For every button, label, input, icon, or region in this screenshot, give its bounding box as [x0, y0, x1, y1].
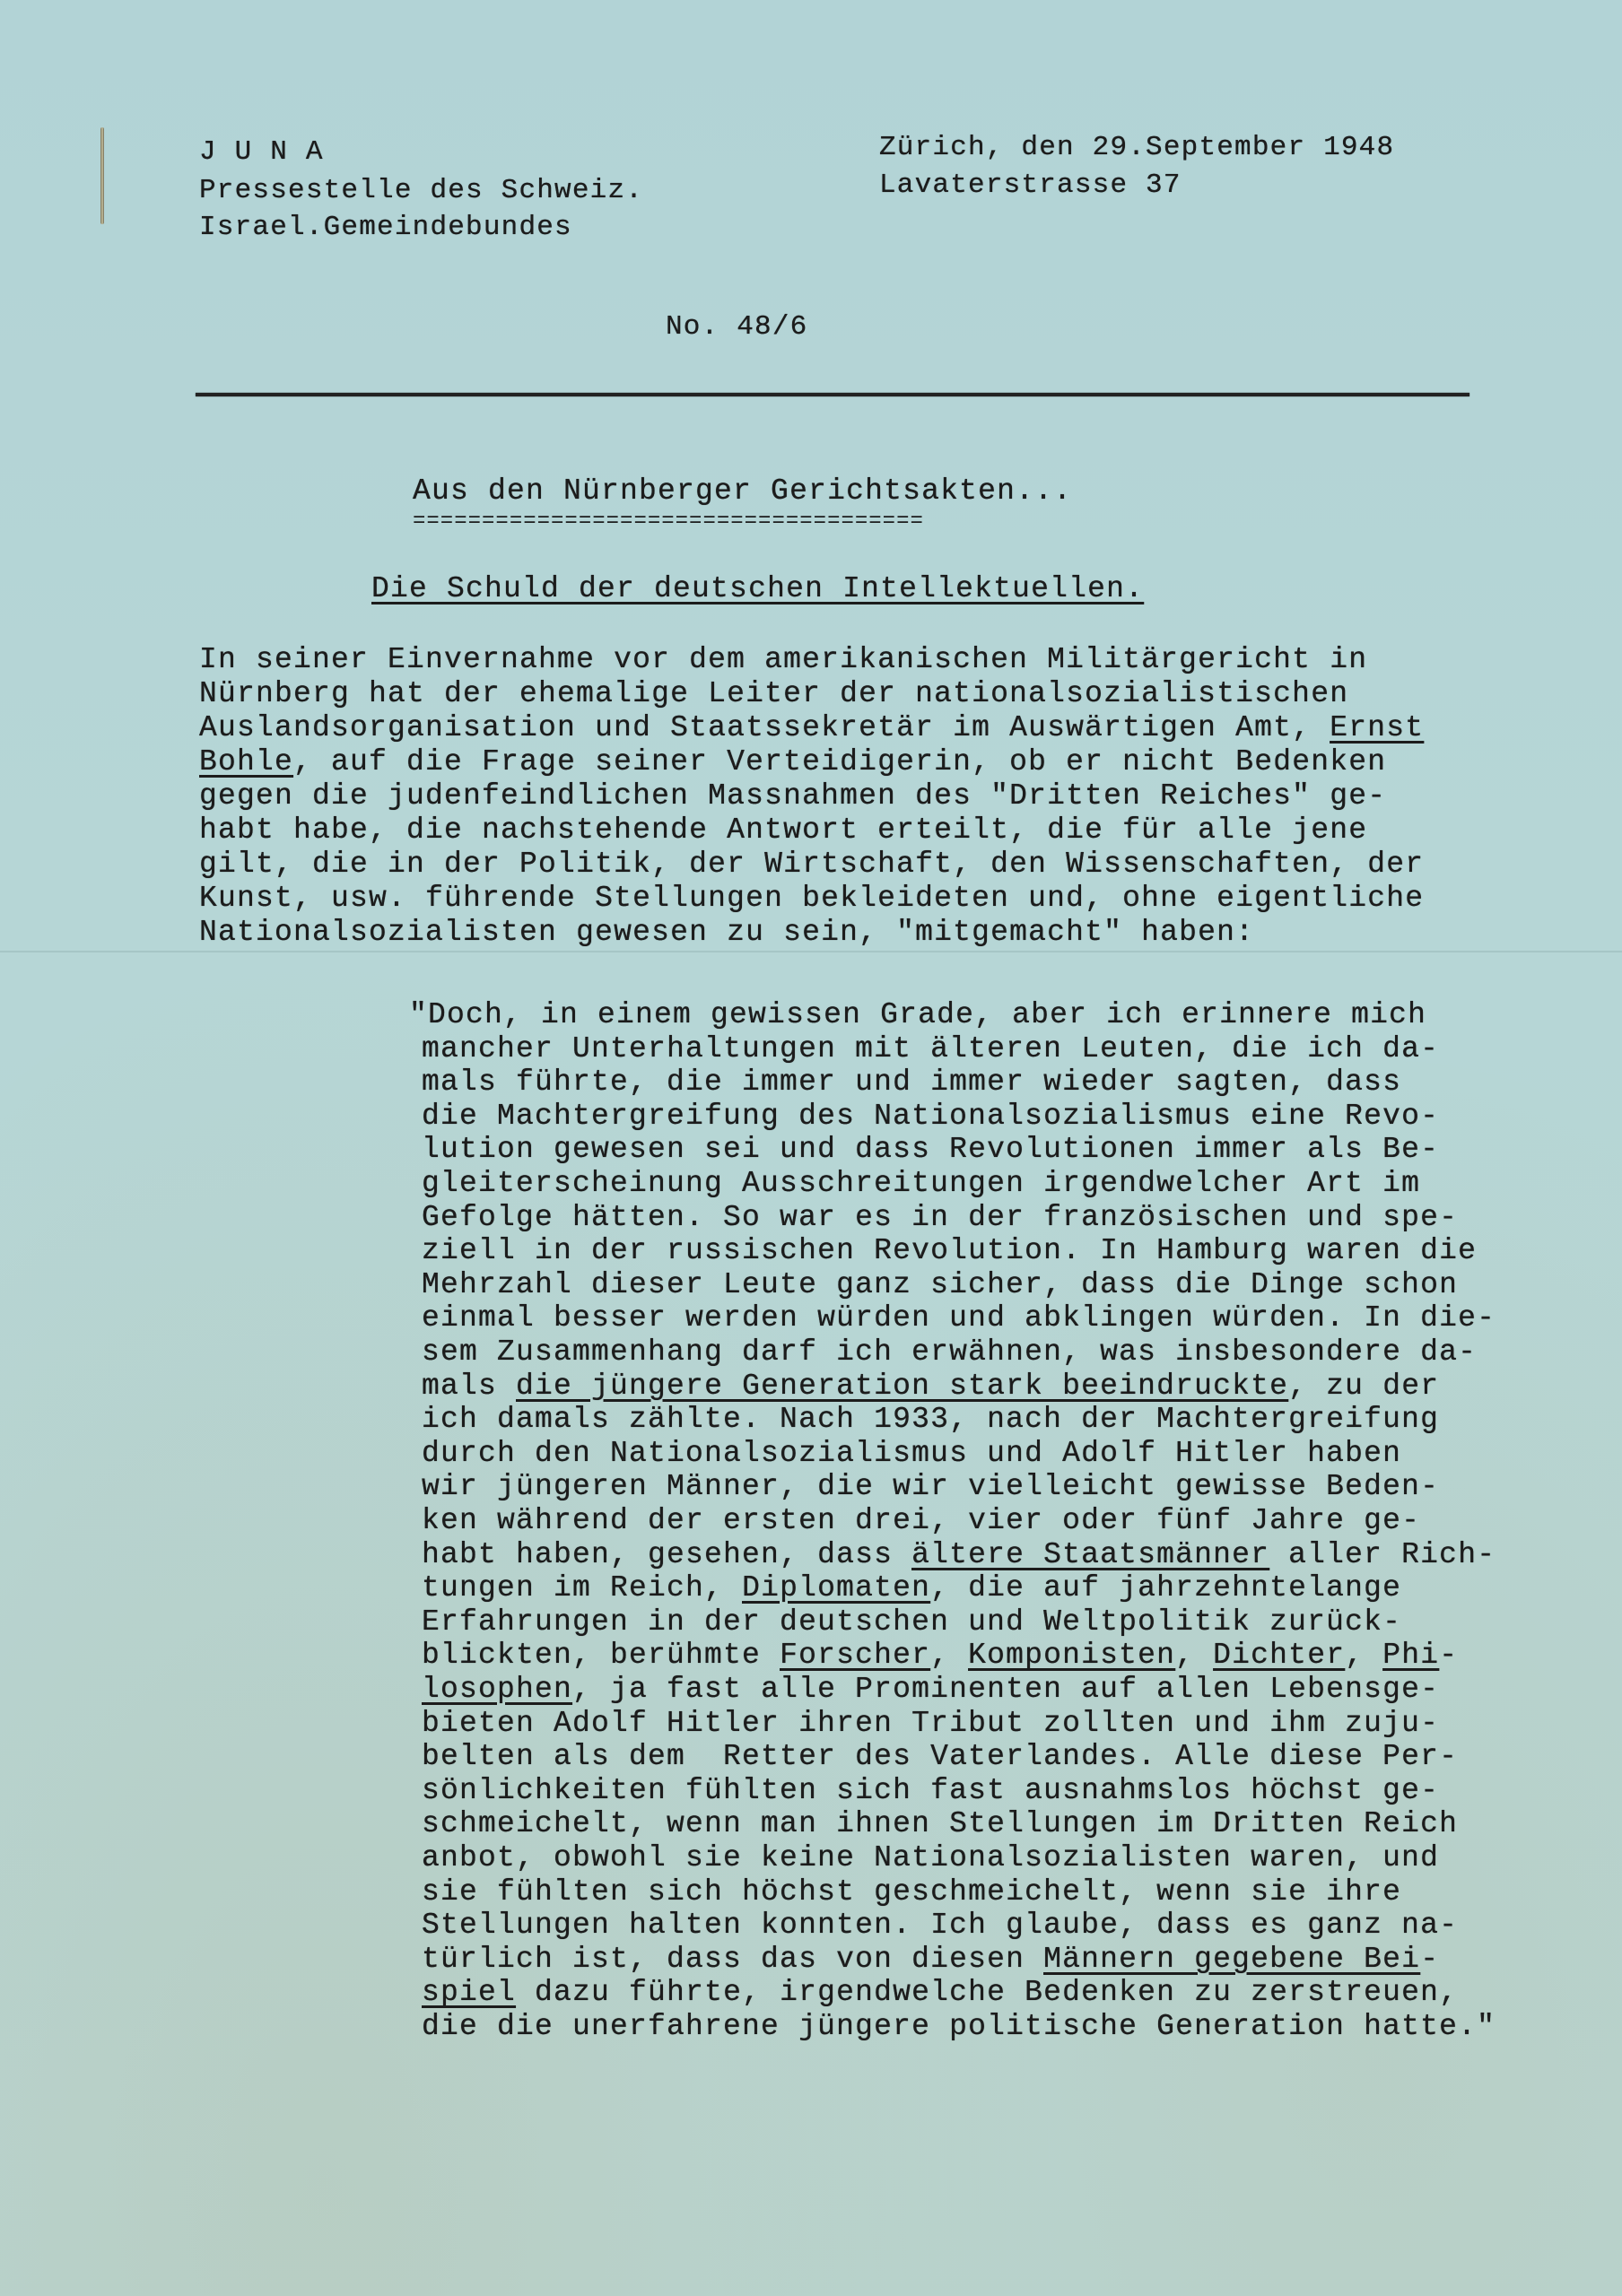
underlined-phrase: Komponisten	[968, 1639, 1175, 1672]
underlined-phrase: Forscher	[780, 1639, 930, 1672]
quote-line: mals die jüngere Generation stark beeind…	[422, 1369, 1439, 1405]
address: Lavaterstrasse 37	[879, 168, 1182, 204]
underlined-phrase: Diplomaten	[742, 1571, 930, 1605]
org-line-1: Pressestelle des Schweiz.	[199, 173, 643, 209]
quote-line: mals führte, die immer und immer wieder …	[422, 1065, 1401, 1100]
intro-line: Nürnberg hat der ehemalige Leiter der na…	[199, 676, 1348, 712]
name-ernst: Ernst	[1330, 711, 1424, 744]
heading-title: Aus den Nürnberger Gerichtsakten...	[413, 474, 1072, 509]
quote-line: blickten, berühmte Forscher, Komponisten…	[422, 1638, 1458, 1674]
underlined-phrase: die jüngere Generation stark beeindruckt…	[516, 1370, 1288, 1403]
intro-line: Auslandsorganisation und Staatssekretär …	[199, 710, 1424, 746]
intro-line: gilt, die in der Politik, der Wirtschaft…	[199, 847, 1424, 883]
quote-line: die Machtergreifung des Nationalsozialis…	[422, 1099, 1439, 1135]
intro-line: gegen die judenfeindlichen Massnahmen de…	[199, 778, 1386, 814]
org-short-name: J U N A	[199, 135, 324, 170]
quote-line: Erfahrungen in der deutschen und Weltpol…	[422, 1605, 1401, 1640]
quote-line: Gefolge hätten. So war es in der französ…	[422, 1200, 1458, 1236]
quote-line: belten als dem Retter des Vaterlandes. A…	[422, 1739, 1458, 1775]
underlined-phrase: losophen	[422, 1673, 572, 1706]
quote-line: spiel dazu führte, irgendwelche Bedenken…	[422, 1975, 1458, 2011]
intro-line: Bohle, auf die Frage seiner Verteidigeri…	[199, 744, 1386, 780]
intro-line: In seiner Einvernahme vor dem amerikanis…	[199, 642, 1367, 678]
quote-line: gleiterscheinung Ausschreitungen irgendw…	[422, 1166, 1420, 1202]
paper-fold-line	[0, 951, 1622, 952]
org-line-2: Israel.Gemeindebundes	[199, 210, 572, 246]
quote-line: ziell in der russischen Revolution. In H…	[422, 1233, 1477, 1269]
underlined-phrase: Phi	[1382, 1639, 1439, 1672]
quote-line: tungen im Reich, Diplomaten, die auf jah…	[422, 1570, 1401, 1606]
quote-line: lution gewesen sei und dass Revolutionen…	[422, 1132, 1439, 1168]
intro-line: Kunst, usw. führende Stellungen bekleide…	[199, 881, 1424, 917]
quote-line: einmal besser werden würden und abklinge…	[422, 1300, 1496, 1336]
heading-double-underline: =====================================	[413, 513, 924, 531]
underlined-phrase: Männern gegebene Bei	[1043, 1943, 1420, 1976]
quote-line: ken während der ersten drei, vier oder f…	[422, 1503, 1420, 1539]
heading-subtitle: Die Schuld der deutschen Intellektuellen…	[371, 571, 1144, 607]
quote-line: habt haben, gesehen, dass ältere Staatsm…	[422, 1537, 1496, 1573]
quote-line: sönlichkeiten fühlten sich fast ausnahms…	[422, 1773, 1439, 1809]
quote-line: bieten Adolf Hitler ihren Tribut zollten…	[422, 1706, 1439, 1742]
place-date: Zürich, den 29.September 1948	[879, 130, 1394, 166]
underlined-phrase: ältere Staatsmänner	[911, 1538, 1269, 1571]
quote-line: losophen, ja fast alle Prominenten auf a…	[422, 1672, 1439, 1708]
intro-line: Nationalsozialisten gewesen zu sein, "mi…	[199, 915, 1254, 951]
quote-line: ich damals zählte. Nach 1933, nach der M…	[422, 1402, 1439, 1438]
staple-mark	[100, 127, 104, 224]
underlined-phrase: Dichter	[1213, 1639, 1345, 1672]
quote-line: türlich ist, dass das von diesen Männern…	[422, 1942, 1439, 1978]
quote-line: mancher Unterhaltungen mit älteren Leute…	[422, 1031, 1439, 1067]
quote-line: wir jüngeren Männer, die wir vielleicht …	[422, 1469, 1439, 1505]
name-bohle: Bohle	[199, 745, 293, 778]
quote-line: durch den Nationalsozialismus und Adolf …	[422, 1436, 1401, 1472]
document-number: No. 48/6	[666, 309, 807, 345]
quote-line: Stellungen halten konnten. Ich glaube, d…	[422, 1908, 1458, 1944]
intro-line: habt habe, die nachstehende Antwort erte…	[199, 813, 1367, 848]
quote-line: Mehrzahl dieser Leute ganz sicher, dass …	[422, 1267, 1458, 1303]
quote-line: die die unerfahrene jüngere politische G…	[422, 2009, 1496, 2045]
quote-line: sie fühlten sich höchst geschmeichelt, w…	[422, 1874, 1401, 1910]
quote-line: "Doch, in einem gewissen Grade, aber ich…	[409, 997, 1426, 1033]
intro-line-text: Auslandsorganisation und Staatssekretär …	[199, 711, 1330, 744]
document-page: J U N A Pressestelle des Schweiz. Israel…	[0, 0, 1622, 2296]
header-divider	[196, 393, 1469, 396]
underlined-phrase: spiel	[422, 1976, 516, 2009]
intro-line-text: , auf die Frage seiner Verteidigerin, ob…	[293, 745, 1386, 778]
quote-line: anbot, obwohl sie keine Nationalsozialis…	[422, 1840, 1439, 1876]
quote-line: sem Zusammenhang darf ich erwähnen, was …	[422, 1335, 1477, 1370]
quote-line: schmeichelt, wenn man ihnen Stellungen i…	[422, 1806, 1458, 1842]
